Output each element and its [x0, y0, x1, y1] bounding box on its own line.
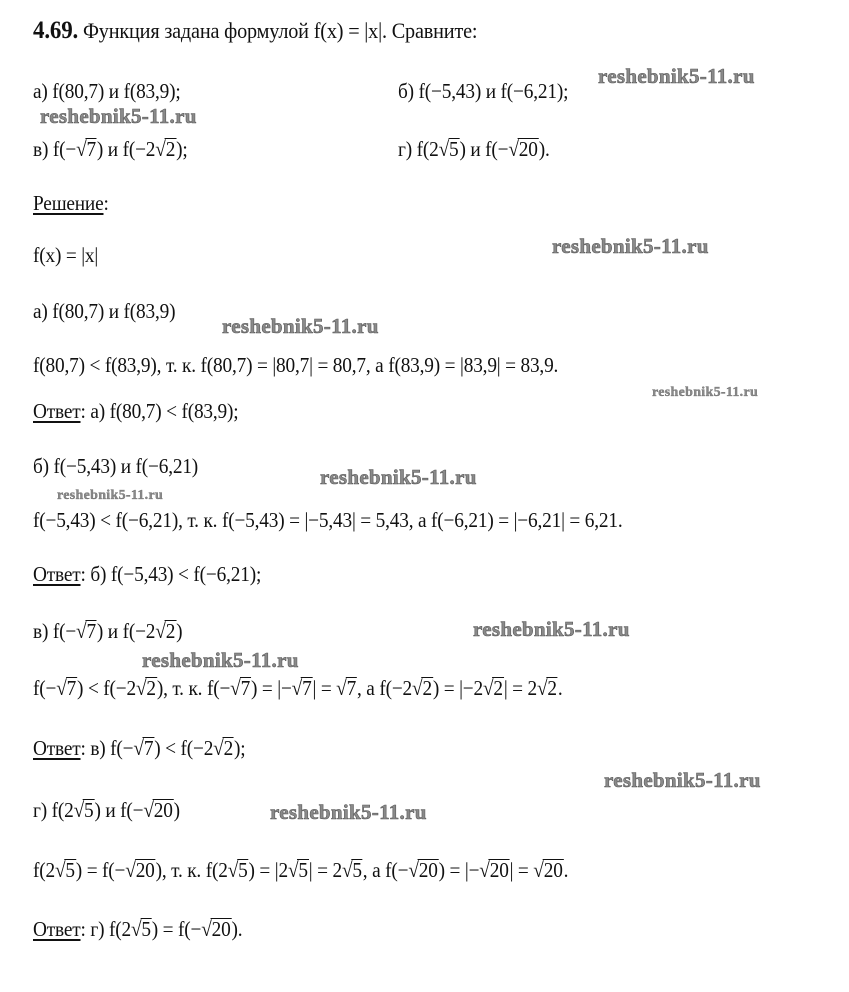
expr: ) [176, 619, 182, 643]
radicand: 7 [66, 677, 77, 698]
radicand: 2 [422, 677, 433, 698]
watermark: reshebnik5-11.ru [552, 234, 709, 259]
expr: ), т. к. f(2 [156, 858, 228, 882]
radicand: 20 [489, 859, 510, 880]
radicand: 7 [143, 737, 154, 758]
radicand: 2 [223, 737, 234, 758]
radicand: 20 [153, 799, 174, 820]
part-text: f(−5,43) и f(−6,21); [419, 79, 569, 103]
expr: ), т. к. f(− [157, 676, 230, 700]
expr: : г) f(2 [81, 917, 131, 941]
radicand: 20 [518, 138, 539, 159]
radicand: 20 [418, 859, 439, 880]
part-b: б) f(−5,43) и f(−6,21); [398, 78, 568, 104]
answer-label: Ответ [33, 917, 81, 941]
answer-text: : б) f(−5,43) < f(−6,21); [81, 562, 262, 586]
radicand: 20 [135, 859, 156, 880]
watermark: reshebnik5-11.ru [652, 385, 758, 401]
radicand: 7 [240, 677, 251, 698]
expr: ) и f(− [94, 798, 143, 822]
radicand: 2 [145, 677, 156, 698]
radicand: 7 [86, 138, 97, 159]
expr: . [558, 676, 563, 700]
radicand: 7 [301, 677, 312, 698]
watermark: reshebnik5-11.ru [142, 648, 299, 673]
watermark: reshebnik5-11.ru [40, 104, 197, 129]
problem-number: 4.69. [33, 17, 78, 44]
expr: ) < f(−2 [77, 676, 136, 700]
expr: ) и f(− [459, 137, 508, 161]
radicand: 20 [211, 918, 232, 939]
solution-b-given: б) f(−5,43) и f(−6,21) [33, 453, 198, 479]
expr: ); [176, 137, 187, 161]
expr: ) и f(−2 [97, 137, 155, 161]
problem-statement: 4.69. Функция задана формулой f(x) = |x|… [33, 18, 477, 44]
solution-g-answer: Ответ: г) f(2√5) = f(−√20). [33, 916, 242, 942]
expr: ). [539, 137, 550, 161]
expr: ) = |−2 [433, 676, 483, 700]
solution-v-given: в) f(−√7) и f(−2√2) [33, 618, 182, 644]
radicand: 5 [297, 859, 308, 880]
expr: ) = |2 [249, 858, 288, 882]
expr: г) f(2 [33, 798, 74, 822]
radicand: 7 [86, 620, 97, 641]
answer-label: Ответ [33, 399, 81, 423]
expr: f(2 [417, 137, 439, 161]
watermark: reshebnik5-11.ru [57, 488, 163, 504]
expr: | = [312, 676, 336, 700]
watermark: reshebnik5-11.ru [320, 465, 477, 490]
answer-label: Ответ [33, 562, 81, 586]
radicand: 5 [64, 859, 75, 880]
radicand: 5 [140, 918, 151, 939]
watermark: reshebnik5-11.ru [222, 314, 379, 339]
expr: ) = f(− [76, 858, 125, 882]
watermark: reshebnik5-11.ru [604, 768, 761, 793]
problem-text: Функция задана формулой f(x) = |x|. Срав… [83, 18, 477, 43]
solution-a-reasoning: f(80,7) < f(83,9), т. к. f(80,7) = |80,7… [33, 352, 558, 378]
expr: в) f(− [33, 619, 76, 643]
answer-text: : а) f(80,7) < f(83,9); [81, 399, 239, 423]
expr: ) [174, 798, 180, 822]
function-formula: f(x) = |x| [33, 242, 98, 268]
expr: ) = |− [439, 858, 480, 882]
expr: ) < f(−2 [154, 736, 213, 760]
solution-b-answer: Ответ: б) f(−5,43) < f(−6,21); [33, 561, 261, 587]
radicand: 2 [165, 620, 176, 641]
expr: | = [510, 858, 534, 882]
solution-v-reasoning: f(−√7) < f(−2√2), т. к. f(−√7) = |−√7| =… [33, 675, 562, 701]
solution-a-given: а) f(80,7) и f(83,9) [33, 298, 175, 324]
radicand: 5 [351, 859, 362, 880]
expr: ); [234, 736, 245, 760]
expr: | = 2 [309, 858, 342, 882]
answer-label: Ответ [33, 736, 81, 760]
watermark: reshebnik5-11.ru [473, 617, 630, 642]
expr: f(2 [33, 858, 55, 882]
solution-b-reasoning: f(−5,43) < f(−6,21), т. к. f(−5,43) = |−… [33, 507, 622, 533]
radicand: 20 [543, 859, 564, 880]
part-label: г) [398, 137, 412, 161]
colon: : [103, 191, 108, 215]
watermark: reshebnik5-11.ru [598, 64, 755, 89]
solution-a-answer: Ответ: а) f(80,7) < f(83,9); [33, 398, 238, 424]
radicand: 5 [83, 799, 94, 820]
watermark: reshebnik5-11.ru [270, 800, 427, 825]
radicand: 5 [237, 859, 248, 880]
expr: . [564, 858, 569, 882]
expr: f(− [53, 137, 76, 161]
expr: , а f(− [363, 858, 409, 882]
radicand: 2 [547, 677, 558, 698]
part-g: г) f(2√5) и f(−√20). [398, 136, 550, 162]
part-label: б) [398, 79, 414, 103]
solution-heading: Решение: [33, 190, 109, 216]
radicand: 2 [492, 677, 503, 698]
heading-text: Решение [33, 191, 103, 215]
radicand: 7 [346, 677, 357, 698]
expr: f(− [33, 676, 56, 700]
expr: ) = |− [251, 676, 292, 700]
part-text: f(80,7) и f(83,9); [52, 79, 180, 103]
solution-g-given: г) f(2√5) и f(−√20) [33, 797, 180, 823]
radicand: 2 [165, 138, 176, 159]
expr: ) = f(− [152, 917, 201, 941]
part-v: в) f(−√7) и f(−2√2); [33, 136, 188, 162]
expr: , а f(−2 [357, 676, 412, 700]
radicand: 5 [448, 138, 459, 159]
part-label: а) [33, 79, 48, 103]
expr: ). [232, 917, 243, 941]
solution-v-answer: Ответ: в) f(−√7) < f(−2√2); [33, 735, 245, 761]
part-a: а) f(80,7) и f(83,9); [33, 78, 181, 104]
solution-g-reasoning: f(2√5) = f(−√20), т. к. f(2√5) = |2√5| =… [33, 857, 568, 883]
part-label: в) [33, 137, 48, 161]
expr: ) и f(−2 [97, 619, 155, 643]
expr: : в) f(− [81, 736, 134, 760]
expr: | = 2 [504, 676, 537, 700]
